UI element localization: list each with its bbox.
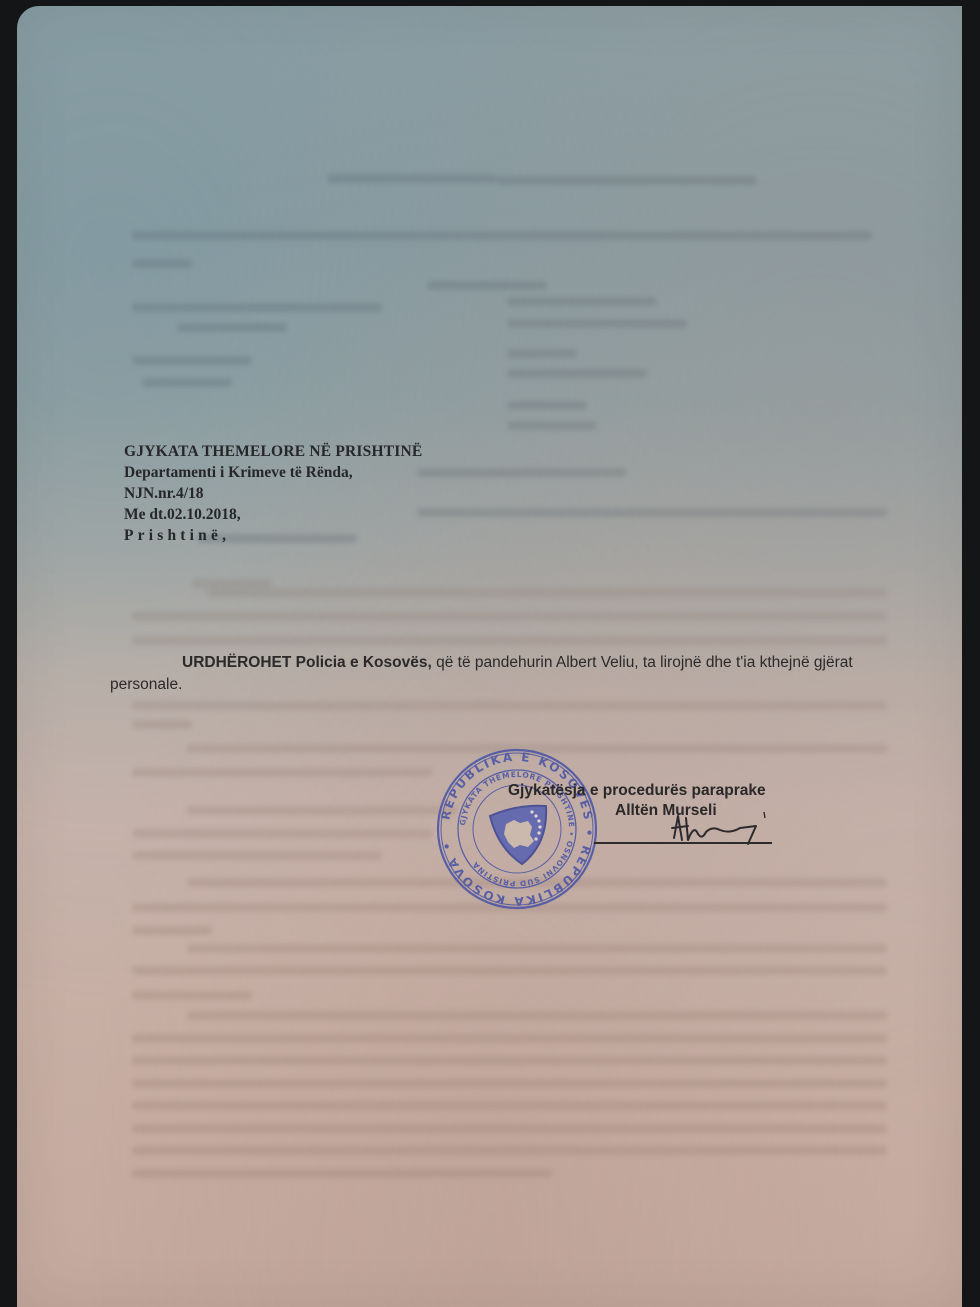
document-photo: GJYKATA THEMELORE NË PRISHTINË Departame… bbox=[0, 0, 980, 1307]
department: Departamenti i Krimeve të Rënda, bbox=[124, 462, 422, 483]
order-paragraph: URDHËROHET Policia e Kosovës, që të pand… bbox=[110, 652, 870, 696]
document-date: Me dt.02.10.2018, bbox=[124, 504, 422, 525]
signer-role: Gjykatësja e procedurës paraprake bbox=[508, 781, 766, 801]
order-lead: URDHËROHET Policia e Kosovës, bbox=[182, 654, 432, 671]
case-number: NJN.nr.4/18 bbox=[124, 483, 422, 504]
court-header: GJYKATA THEMELORE NË PRISHTINË Departame… bbox=[124, 441, 422, 546]
court-name: GJYKATA THEMELORE NË PRISHTINË bbox=[124, 441, 422, 462]
city: Prishtinë, bbox=[124, 525, 422, 546]
court-seal-stamp-icon: REPUBLIKA E KOSOVËS • REPUBLIKA KOSOVA •… bbox=[432, 744, 602, 914]
handwritten-signature-icon bbox=[668, 810, 768, 846]
signature-line bbox=[594, 842, 772, 844]
